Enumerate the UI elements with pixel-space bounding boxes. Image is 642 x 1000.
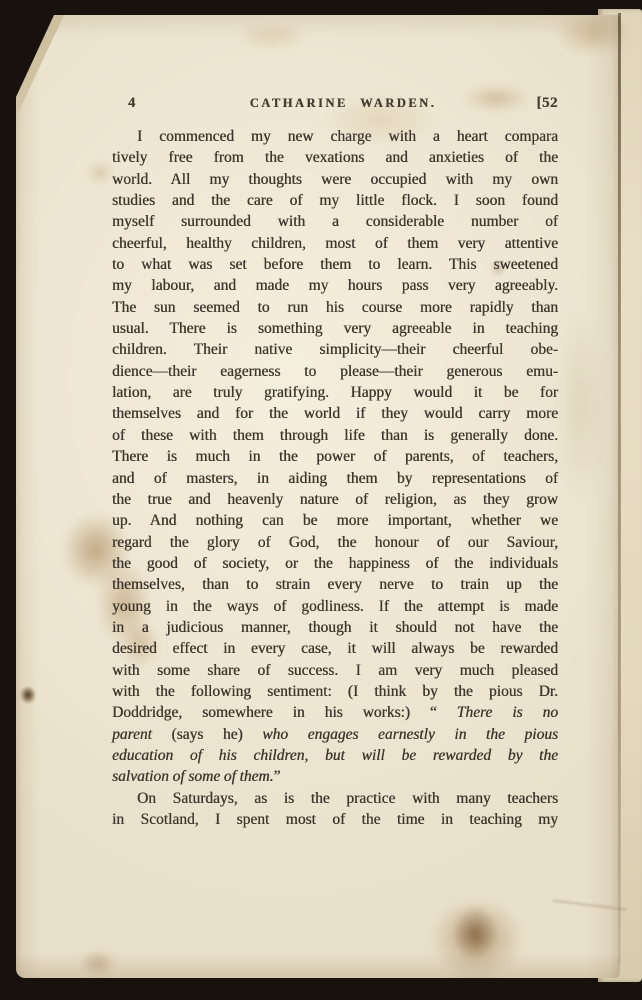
text-line: to what was set before them to learn. Th…	[112, 254, 558, 275]
text-line: young in the ways of godliness. If the a…	[112, 596, 558, 617]
text-line: usual. There is something very agreeable…	[112, 318, 558, 339]
page-number: 4	[112, 95, 198, 112]
text-line: my labour, and made my hours pass very a…	[112, 275, 558, 296]
folio-marker: [52	[488, 95, 558, 112]
text-line: with the following sentiment: (I think b…	[112, 681, 558, 702]
running-title: CATHARINE WARDEN.	[198, 96, 488, 111]
text-line: There is much in the power of parents, o…	[112, 446, 558, 467]
text-line: education of his children, but will be r…	[112, 745, 558, 766]
text-line: tively free from the vexations and anxie…	[112, 147, 558, 168]
text-line: and of masters, in aiding them by repres…	[112, 468, 558, 489]
book-scan: 4 CATHARINE WARDEN. [52 I commenced my n…	[0, 0, 642, 1000]
text-line: On Saturdays, as is the practice with ma…	[112, 788, 558, 809]
text-line: dience—their eagerness to please—their g…	[112, 361, 558, 382]
page-text: I commenced my new charge with a heart c…	[112, 126, 558, 830]
paragraph: On Saturdays, as is the practice with ma…	[112, 788, 558, 831]
text-line: in a judicious manner, though it should …	[112, 617, 558, 638]
text-line: children. Their native simplicity—their …	[112, 339, 558, 360]
text-line: the true and heavenly nature of religion…	[112, 489, 558, 510]
text-line: parent (says he) who engages earnestly i…	[112, 724, 558, 745]
text-line: salvation of some of them.”	[112, 766, 558, 787]
text-line: regard the glory of God, the honour of o…	[112, 532, 558, 553]
text-line: the good of society, or the happiness of…	[112, 553, 558, 574]
text-line: The sun seemed to run his course more ra…	[112, 297, 558, 318]
text-line: themselves, than to strain every nerve t…	[112, 574, 558, 595]
text-line: myself surrounded with a considerable nu…	[112, 211, 558, 232]
text-line: themselves and for the world if they wou…	[112, 403, 558, 424]
text-line: I commenced my new charge with a heart c…	[112, 126, 558, 147]
text-line: desired effect in every case, it will al…	[112, 638, 558, 659]
text-line: lation, are truly gratifying. Happy woul…	[112, 382, 558, 403]
page-header: 4 CATHARINE WARDEN. [52	[112, 95, 558, 112]
paragraph: I commenced my new charge with a heart c…	[112, 126, 558, 788]
text-line: of these with them through life than is …	[112, 425, 558, 446]
text-line: in Scotland, I spent most of the time in…	[112, 809, 558, 830]
text-line: up. And nothing can be more important, w…	[112, 510, 558, 531]
text-line: cheerful, healthy children, most of them…	[112, 233, 558, 254]
text-line: studies and the care of my little flock.…	[112, 190, 558, 211]
text-line: Doddridge, somewhere in his works:) “ Th…	[112, 702, 558, 723]
page-fold-line	[618, 13, 621, 965]
text-line: world. All my thoughts were occupied wit…	[112, 169, 558, 190]
text-line: with some share of success. I am very mu…	[112, 660, 558, 681]
